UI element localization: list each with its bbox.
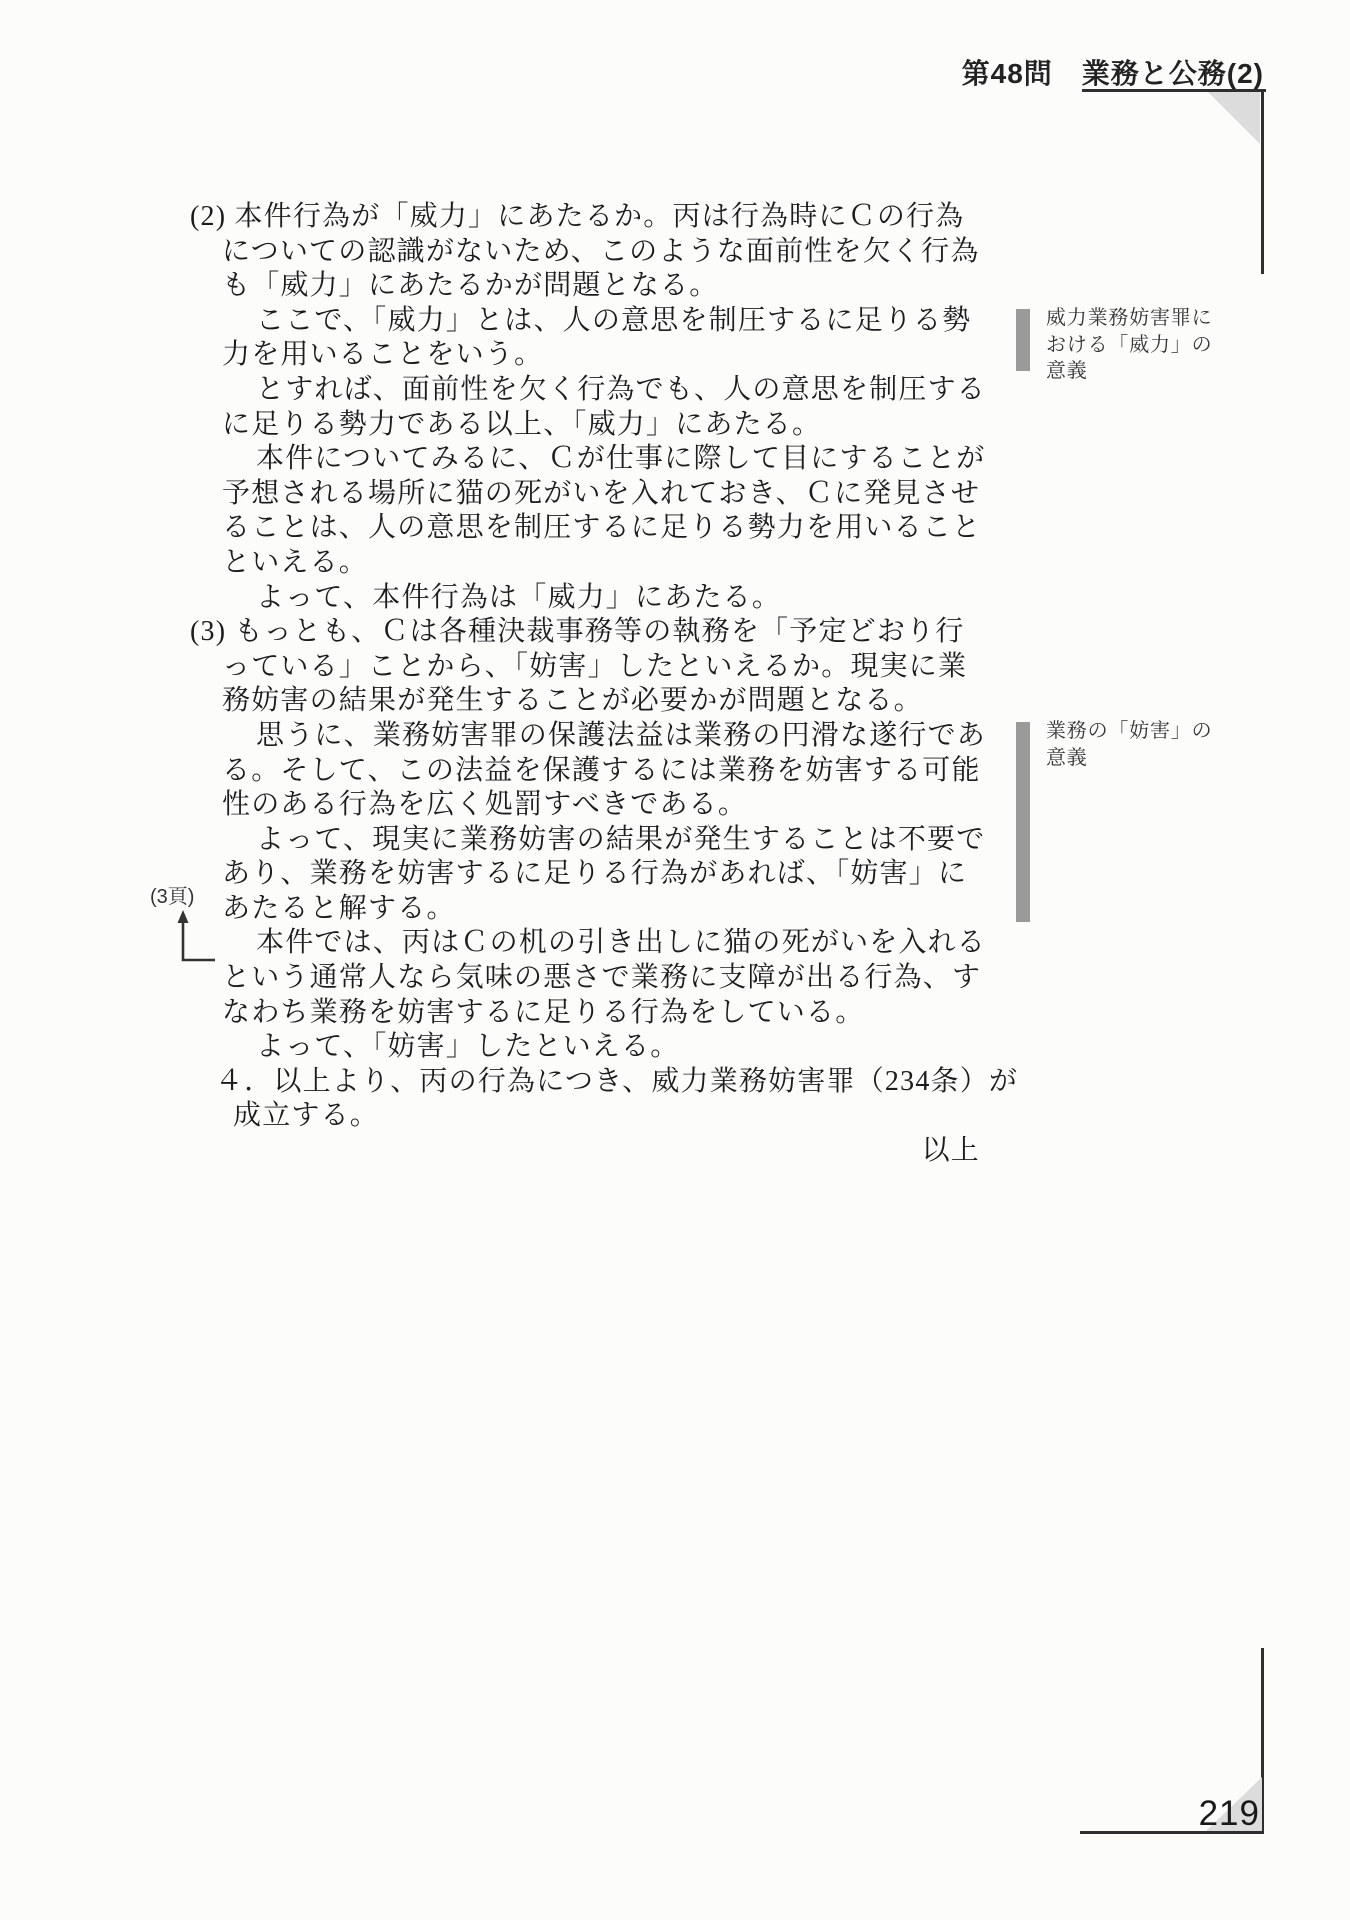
top-corner-vertical-rule <box>1261 89 1264 274</box>
body-line: 力を用いることをいう。 <box>0 338 1010 373</box>
body-line: っている」ことから、「妨害」したといえるか。現実に業 <box>0 650 1010 685</box>
body-line: (2) 本件行為が「威力」にあたるか。丙は行為時にＣの行為 <box>0 200 1010 235</box>
page-reference-label: (3頁) <box>150 880 230 909</box>
body-line: といえる。 <box>0 546 1010 581</box>
body-line: に足りる勢力である以上、「威力」にあたる。 <box>0 408 1010 443</box>
body-line: る。そして、この法益を保護するには業務を妨害する可能 <box>0 754 1010 789</box>
page-reference-note: (3頁) <box>150 880 230 909</box>
margin-note-bougai-meaning: 業務の「妨害」の 意義 <box>1016 718 1296 771</box>
body-line: ここで、「威力」とは、人の意思を制圧するに足りる勢 <box>0 304 1010 339</box>
body-line: よって、「妨害」したといえる。 <box>0 1030 1010 1065</box>
body-line: という通常人なら気味の悪さで業務に支障が出る行為、す <box>0 961 1010 996</box>
margin-note-bar <box>1016 309 1030 371</box>
answer-body-text: (2) 本件行為が「威力」にあたるか。丙は行為時にＣの行為についての認識がないた… <box>0 200 1010 1169</box>
page-number: 219 <box>1199 1794 1260 1834</box>
chapter-header: 第48問 業務と公務(2) <box>962 52 1264 92</box>
body-line: なわち業務を妨害するに足りる行為をしている。 <box>0 996 1010 1031</box>
top-folded-corner-triangle <box>1208 92 1260 144</box>
body-line: 思うに、業務妨害罪の保護法益は業務の円滑な遂行であ <box>0 719 1010 754</box>
body-line: よって、本件行為は「威力」にあたる。 <box>0 581 1010 616</box>
margin-note-text: 威力業務妨害罪に おける「威力」の 意義 <box>1046 305 1296 385</box>
body-line: 以上 <box>0 1134 980 1169</box>
body-line: も「威力」にあたるかが問題となる。 <box>0 269 1010 304</box>
body-line: 本件では、丙はＣの机の引き出しに猫の死がいを入れる <box>0 926 1010 961</box>
body-line: 予想される場所に猫の死がいを入れておき、Ｃに発見させ <box>0 477 1010 512</box>
margin-note-bar <box>1016 722 1030 922</box>
textbook-page: 第48問 業務と公務(2) (2) 本件行為が「威力」にあたるか。丙は行為時にＣ… <box>0 0 1350 1920</box>
body-line: ４．以上より、丙の行為につき、威力業務妨害罪（234条）が <box>0 1065 1010 1100</box>
body-line: よって、現実に業務妨害の結果が発生することは不要で <box>0 823 1010 858</box>
body-line: 成立する。 <box>0 1099 1010 1134</box>
body-line: とすれば、面前性を欠く行為でも、人の意思を制圧する <box>0 373 1010 408</box>
body-line: 性のある行為を広く処罰すべきである。 <box>0 788 1010 823</box>
margin-note-text: 業務の「妨害」の 意義 <box>1046 718 1296 771</box>
body-line: (3) もっとも、Ｃは各種決裁事務等の執務を「予定どおり行 <box>0 615 1010 650</box>
margin-note-iryoku-meaning: 威力業務妨害罪に おける「威力」の 意義 <box>1016 305 1296 385</box>
body-line: 本件についてみるに、Ｃが仕事に際して目にすることが <box>0 442 1010 477</box>
body-line: についての認識がないため、このような面前性を欠く行為 <box>0 235 1010 270</box>
body-line: 務妨害の結果が発生することが必要かが問題となる。 <box>0 684 1010 719</box>
body-line: ることは、人の意思を制圧するに足りる勢力を用いること <box>0 511 1010 546</box>
page-reference-arrow-icon <box>170 908 215 965</box>
